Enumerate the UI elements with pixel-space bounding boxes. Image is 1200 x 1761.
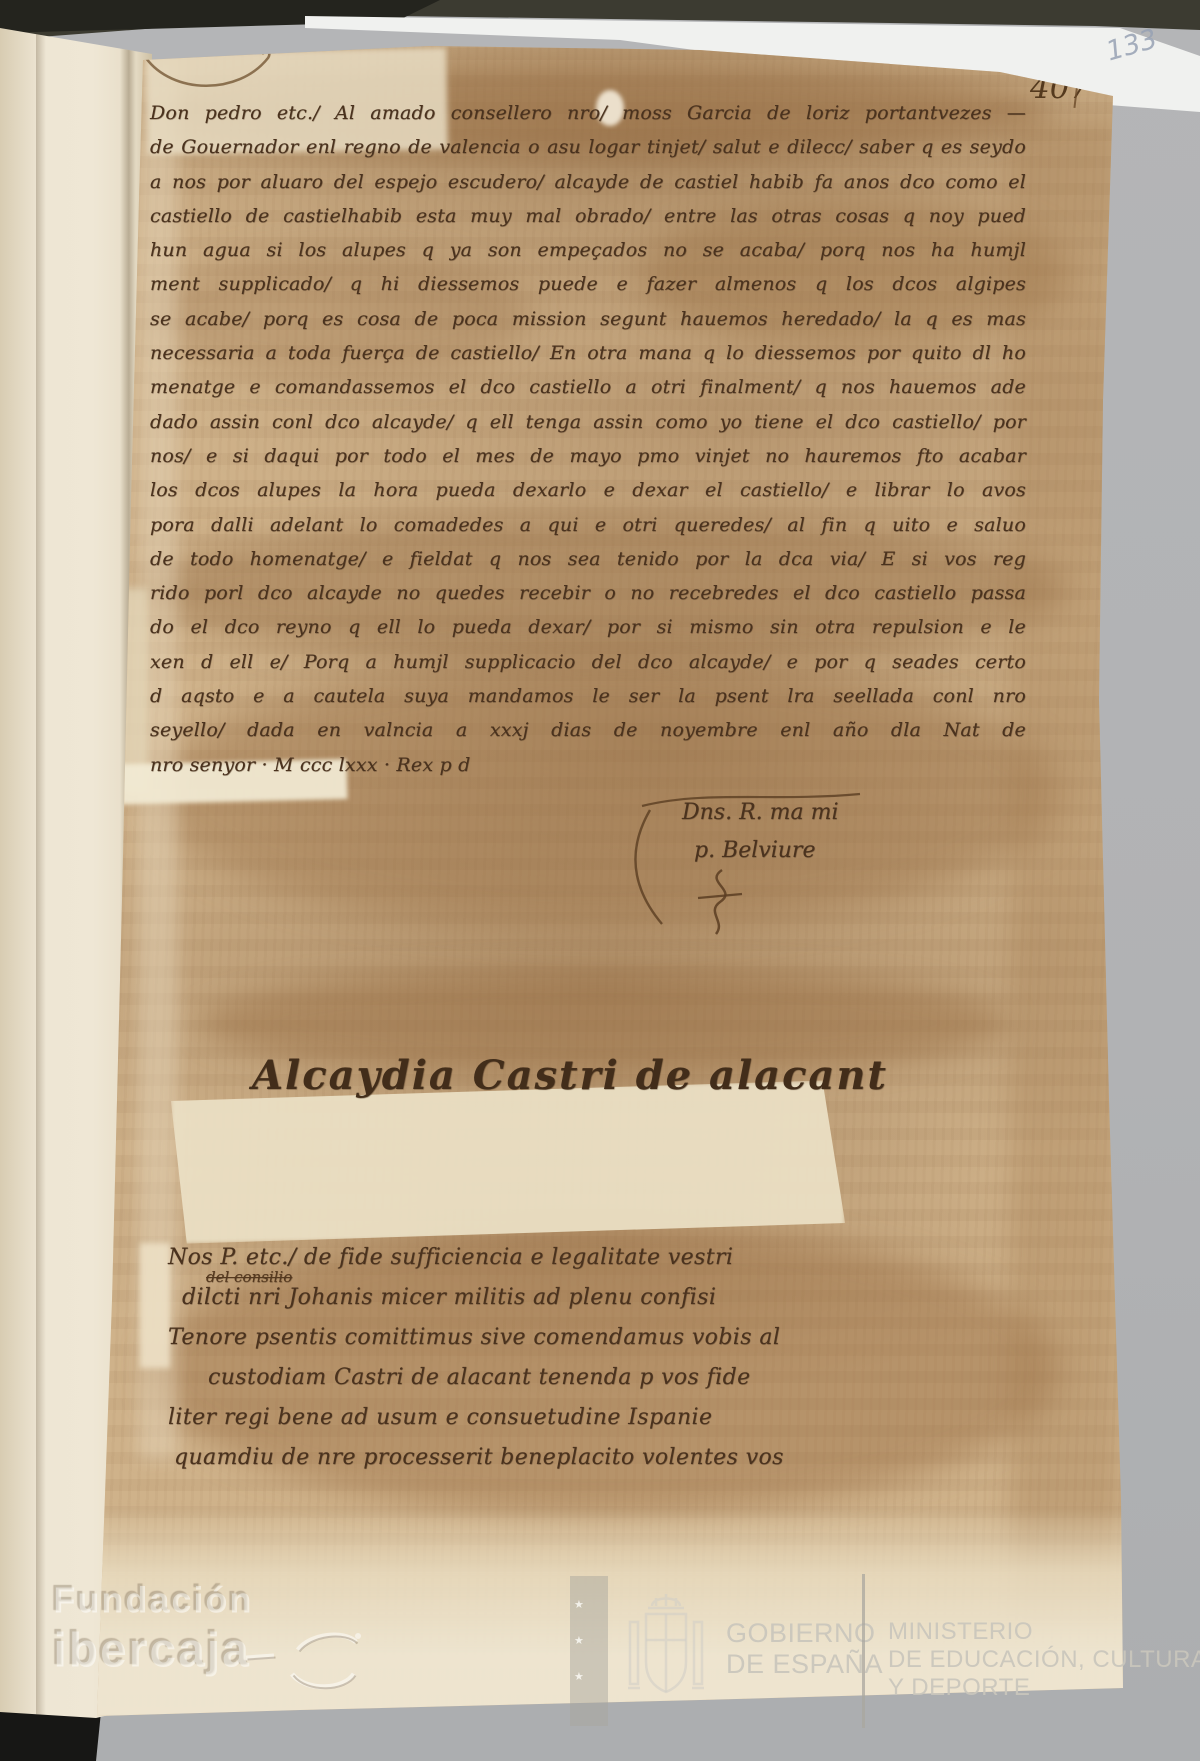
letter-line: seyello/ dada en valncia a xxxj dias de … — [150, 713, 1026, 747]
signature-line-2: p. Belviure — [694, 838, 815, 863]
letter-line: Don pedro etc./ Al amado consellero nro/… — [150, 96, 1026, 130]
letter-line: necessaria a toda fuerça de castiello/ E… — [150, 336, 1026, 370]
repair-patch-large — [171, 1080, 846, 1244]
latin-line: custodiam Castri de alacant tenenda p vo… — [208, 1358, 1028, 1398]
latin-line: Nos P. etc./ de fide sufficiencia e lega… — [168, 1238, 1028, 1278]
letter-line: de Gouernador enl regno de valencia o as… — [150, 130, 1026, 164]
gobierno-label: GOBIERNO DE ESPAÑA — [726, 1618, 883, 1680]
letter-line: xen d ell e/ Porq a humjl supplicacio de… — [150, 645, 1026, 679]
ibercaja-logo-icon — [240, 1616, 370, 1706]
ministerio-line2: DE EDUCACIÓN, CULTURA — [888, 1646, 1200, 1674]
letter-line: menatge e comandassemos el dco castiello… — [150, 370, 1026, 404]
spain-coat-of-arms-icon — [622, 1588, 710, 1712]
gobierno-line1: GOBIERNO — [726, 1618, 883, 1649]
ministerio-line1: MINISTERIO — [888, 1618, 1200, 1646]
letter-line: los dcos alupes la hora pueda dexarlo e … — [150, 473, 1026, 507]
letter-line: hun agua si los alupes q ya son empeçado… — [150, 233, 1026, 267]
ibercaja-watermark: Fundación ibercaja — [52, 1578, 252, 1677]
letter-line: nro senyor · M ccc lxxx · Rex p d — [150, 748, 1026, 782]
ministerio-label: MINISTERIO DE EDUCACIÓN, CULTURA Y DEPOR… — [888, 1618, 1200, 1702]
notarial-sign — [692, 866, 748, 940]
ibercaja-watermark-line1: Fundación — [52, 1578, 252, 1620]
government-watermark: ★ ★ ★ GOBIERNO DE ESPAÑA MINISTERIO DE E… — [560, 1570, 1160, 1740]
letter-line: nos/ e si daqui por todo el mes de mayo … — [150, 439, 1026, 473]
latin-line: dilcti nri Johanis micer militis ad plen… — [182, 1278, 1028, 1318]
letter-line: de todo homenatge/ e fieldat q nos sea t… — [150, 542, 1026, 576]
letter-line: pora dalli adelant lo comadedes a qui e … — [150, 508, 1026, 542]
ibercaja-watermark-line2: ibercaja — [52, 1622, 252, 1677]
gobierno-line2: DE ESPAÑA — [726, 1649, 883, 1680]
manuscript-page: Any 407 Don pedro etc./ Al amado consell… — [0, 0, 1200, 1761]
letter-line: ment supplicado/ q hi diessemos puede e … — [150, 267, 1026, 301]
repair-patch-left-small — [140, 1243, 170, 1368]
star-icon: ★ — [574, 1634, 584, 1647]
watermark-divider — [862, 1574, 865, 1728]
letter-line: dado assin conl dco alcayde/ q ell tenga… — [150, 405, 1026, 439]
letter-line: rido porl dco alcayde no quedes recebir … — [150, 576, 1026, 610]
pen-flourish-top — [140, 40, 290, 100]
signature-line-1: Dns. R. ma mi — [682, 800, 839, 825]
star-icon: ★ — [574, 1670, 584, 1683]
letter-line: do el dco reyno q ell lo pueda dexar/ po… — [150, 610, 1026, 644]
section-heading: Alcaydia Castri de alacant — [252, 1052, 888, 1099]
letter-text-block: Don pedro etc./ Al amado consellero nro/… — [150, 96, 1026, 782]
manuscript-photograph: { "archival_marks": { "year_note": "Any"… — [0, 0, 1200, 1761]
letter-line: castiello de castielhabib esta muy mal o… — [150, 199, 1026, 233]
latin-line: Tenore psentis comittimus sive comendamu… — [168, 1318, 1028, 1358]
latin-line: liter regi bene ad usum e consuetudine I… — [168, 1398, 1028, 1438]
latin-line: quamdiu de nre processerit beneplacito v… — [174, 1438, 1028, 1478]
star-icon: ★ — [574, 1598, 584, 1611]
letter-line: a nos por aluaro del espejo escudero/ al… — [150, 165, 1026, 199]
letter-line: se acabe/ porq es cosa de poca mission s… — [150, 302, 1026, 336]
latin-text-block: Nos P. etc./ de fide sufficiencia e lega… — [168, 1238, 1028, 1478]
letter-line: d aqsto e a cautela suya mandamos le ser… — [150, 679, 1026, 713]
ministerio-line3: Y DEPORTE — [888, 1674, 1200, 1702]
